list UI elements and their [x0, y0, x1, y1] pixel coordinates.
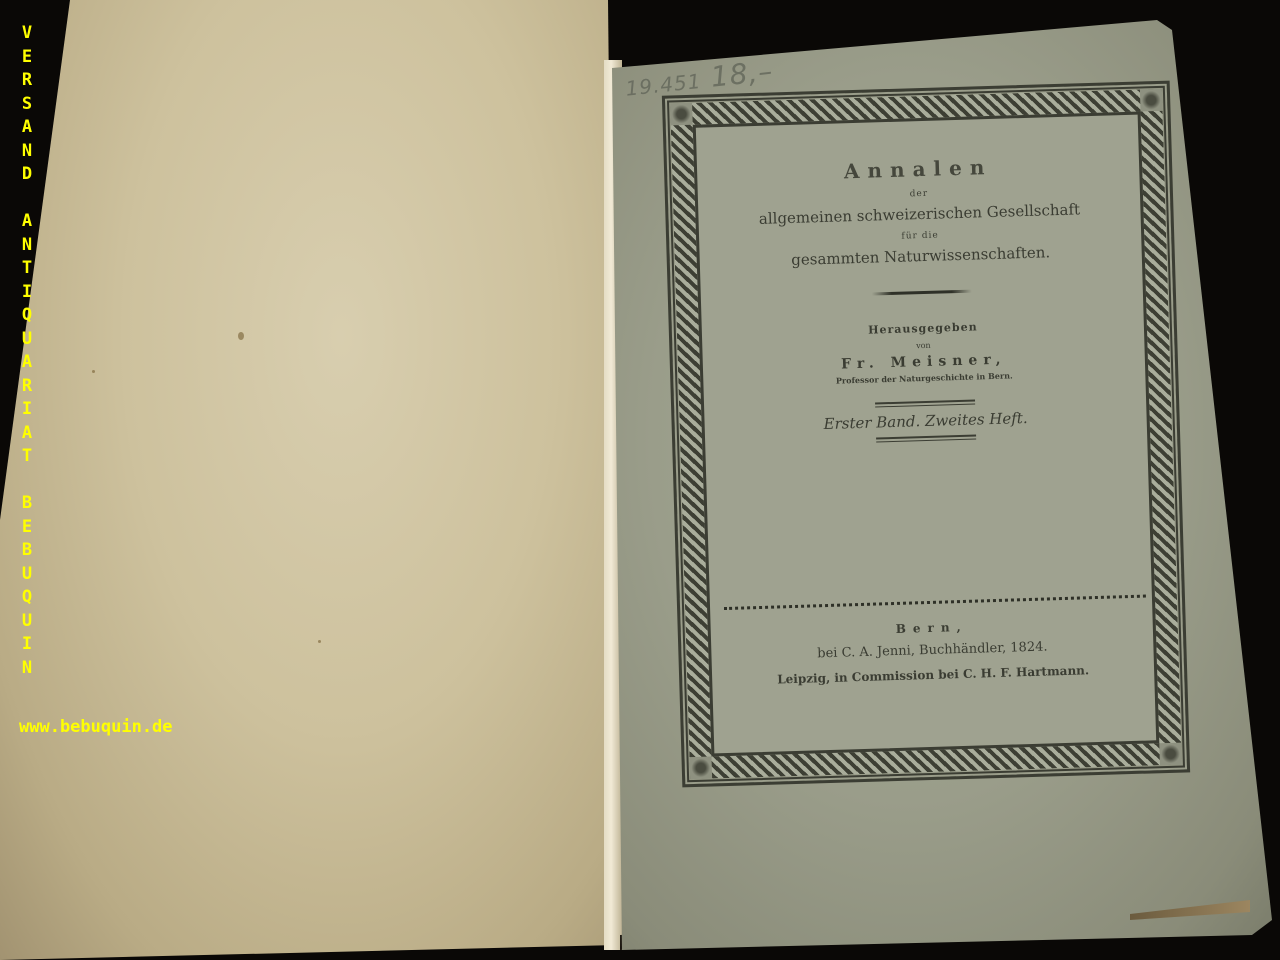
watermark-letter: I — [18, 281, 36, 305]
watermark-letter: T — [18, 445, 36, 469]
watermark-letter: R — [18, 69, 36, 93]
watermark-letter: N — [18, 140, 36, 164]
watermark-letter: N — [18, 234, 36, 258]
corner-ornament-icon — [670, 103, 693, 126]
watermark-letter: B — [18, 492, 36, 516]
divider-rule — [876, 435, 976, 443]
corner-ornament-icon — [1159, 743, 1182, 766]
book-photo: 19.45118,– Annalen der allgemeinen schwe… — [0, 0, 1280, 960]
watermark-letter: B — [18, 539, 36, 563]
watermark-letter: A — [18, 116, 36, 140]
watermark-letter: A — [18, 351, 36, 375]
watermark-letter: T — [18, 257, 36, 281]
watermark-vertical-text: VERSAND ANTIQUARIAT BEBUQUIN — [18, 22, 36, 680]
dotted-divider — [724, 595, 1146, 611]
blank-endpaper — [0, 0, 620, 960]
watermark-letter: A — [18, 210, 36, 234]
watermark-letter: Q — [18, 304, 36, 328]
watermark-letter: D — [18, 163, 36, 187]
watermark-letter — [18, 469, 36, 493]
imprint-commission: Leipzig, in Commission bei C. H. F. Hart… — [712, 661, 1154, 688]
title-page-text: Annalen der allgemeinen schweizerischen … — [696, 115, 1156, 754]
imprint-publisher: bei C. A. Jenni, Buchhändler, 1824. — [711, 636, 1153, 664]
watermark-letter: U — [18, 563, 36, 587]
pencil-price: 18,– — [709, 54, 775, 93]
watermark-letter: A — [18, 422, 36, 446]
volume-label: Erster Band. Zweites Heft. — [704, 405, 1146, 436]
watermark-letter: E — [18, 516, 36, 540]
watermark-letter: I — [18, 633, 36, 657]
foxing-spot — [238, 332, 244, 340]
divider-rule — [875, 400, 975, 408]
ornamental-frame: Annalen der allgemeinen schweizerischen … — [662, 81, 1190, 788]
corner-ornament-icon — [1140, 89, 1163, 112]
imprint: Bern, bei C. A. Jenni, Buchhändler, 1824… — [711, 614, 1155, 688]
watermark-letter: S — [18, 93, 36, 117]
book-title: Annalen — [697, 151, 1140, 188]
watermark-letter: R — [18, 375, 36, 399]
watermark-letter: I — [18, 398, 36, 422]
watermark-letter: V — [18, 22, 36, 46]
watermark-url: www.bebuquin.de — [19, 717, 173, 737]
foxing-spot — [318, 640, 321, 643]
watermark-letter — [18, 187, 36, 211]
foxing-spot — [92, 370, 95, 373]
watermark-letter: Q — [18, 586, 36, 610]
watermark-letter: E — [18, 46, 36, 70]
divider-rule — [872, 290, 972, 296]
watermark-letter: U — [18, 610, 36, 634]
watermark-letter: U — [18, 328, 36, 352]
corner-ornament-icon — [689, 757, 712, 780]
watermark-letter: N — [18, 657, 36, 681]
